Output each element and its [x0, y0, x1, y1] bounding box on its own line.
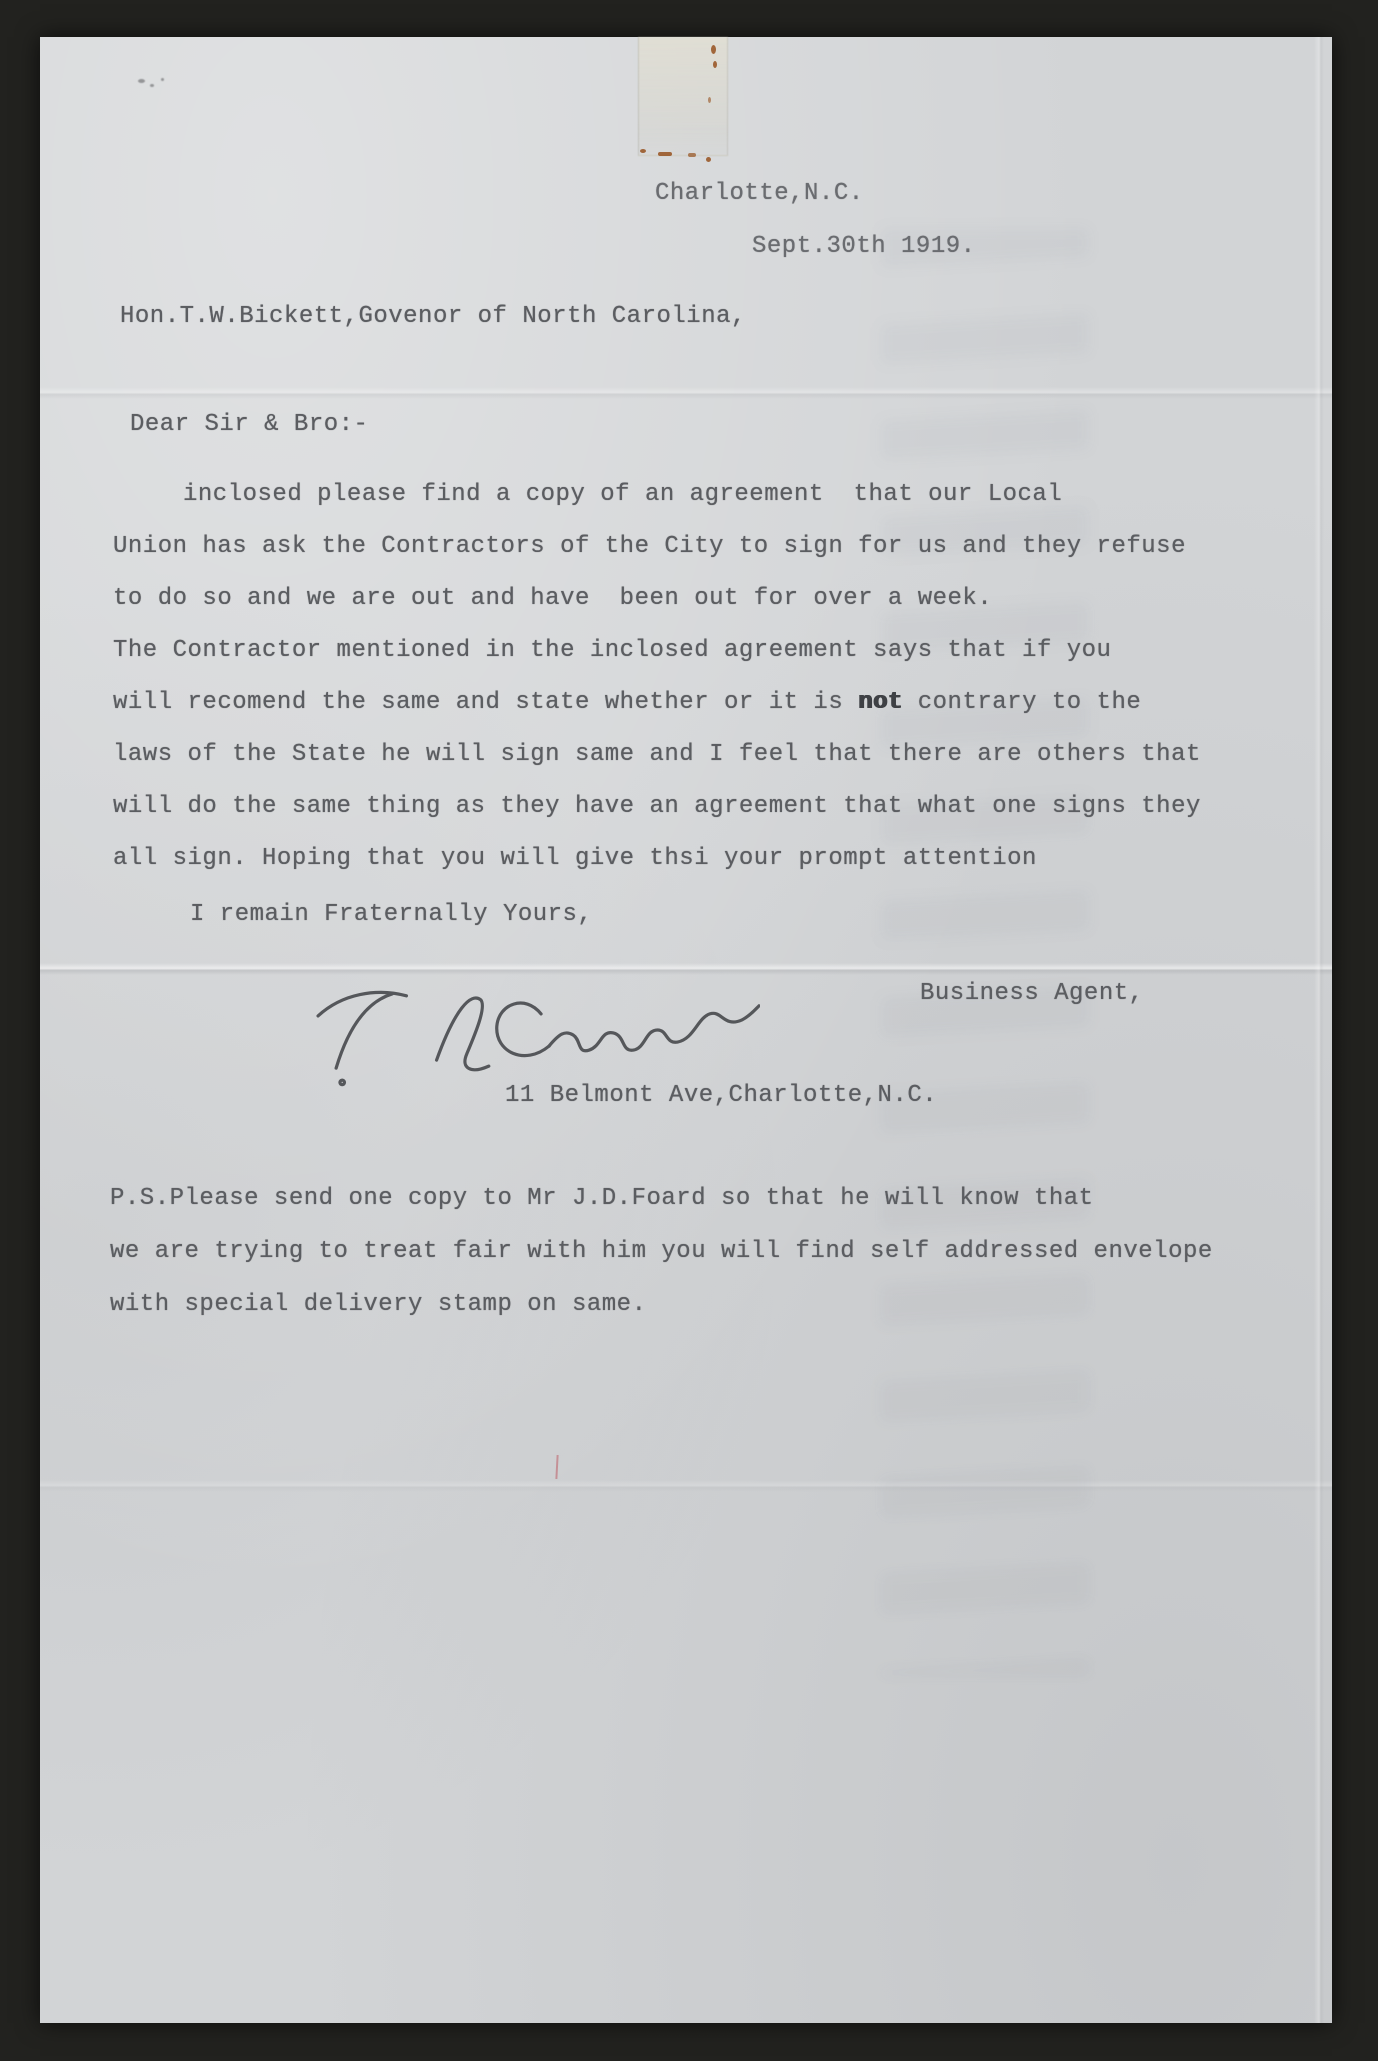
closing-line: I remain Fraternally Yours, — [190, 901, 592, 928]
rust-stain — [688, 153, 696, 157]
red-fiber-mark — [555, 1455, 558, 1479]
tape-residue — [638, 37, 728, 156]
body-line-pre: will recomend the same and state whether… — [113, 689, 858, 716]
body-line: The Contractor mentioned in the inclosed… — [113, 637, 1111, 664]
body-line: all sign. Hoping that you will give thsi… — [113, 845, 1037, 872]
smudge-mark — [161, 78, 164, 81]
rust-stain — [711, 45, 716, 54]
postscript-line: P.S.Please send one copy to Mr J.D.Foard… — [110, 1185, 1094, 1212]
salutation-line: Dear Sir & Bro:- — [130, 411, 368, 438]
body-line: to do so and we are out and have been ou… — [113, 585, 992, 612]
body-line: inclosed please find a copy of an agreem… — [183, 481, 1062, 508]
rust-stain — [640, 149, 646, 153]
body-line-with-overstrike: will recomend the same and state whether… — [113, 689, 1141, 716]
postscript-line: we are trying to treat fair with him you… — [110, 1238, 1213, 1265]
body-line: laws of the State he will sign same and … — [113, 741, 1201, 768]
smudge-mark — [138, 79, 145, 83]
postscript-line: with special delivery stamp on same. — [110, 1291, 646, 1318]
signature-handwriting: T. L. Conder — [308, 979, 760, 1091]
body-line: will do the same thing as they have an a… — [113, 793, 1201, 820]
overstruck-word: not — [858, 689, 903, 716]
signer-title: Business Agent, — [920, 980, 1144, 1007]
date-line: Sept.30th 1919. — [752, 233, 976, 260]
body-line: Union has ask the Contractors of the Cit… — [113, 533, 1186, 560]
letter-paper: Charlotte,N.C. Sept.30th 1919. Hon.T.W.B… — [40, 37, 1332, 2023]
fold-crease-bottom — [40, 1480, 1332, 1492]
verso-bleedthrough — [880, 227, 1090, 1677]
rust-stain — [708, 97, 711, 103]
sender-address-line: 11 Belmont Ave,Charlotte,N.C. — [505, 1082, 937, 1109]
fold-crease-upper — [40, 387, 1332, 399]
rust-stain — [706, 157, 711, 162]
rust-stain — [658, 152, 672, 156]
addressee-line: Hon.T.W.Bickett,Govenor of North Carolin… — [120, 303, 746, 330]
body-line-post: contrary to the — [903, 689, 1141, 716]
edge-crease — [1314, 37, 1324, 2023]
place-line: Charlotte,N.C. — [655, 180, 864, 207]
rust-stain — [713, 61, 717, 68]
fold-crease-lower — [40, 963, 1332, 975]
scanned-letter: Charlotte,N.C. Sept.30th 1919. Hon.T.W.B… — [0, 0, 1378, 2061]
smudge-mark — [150, 84, 154, 87]
